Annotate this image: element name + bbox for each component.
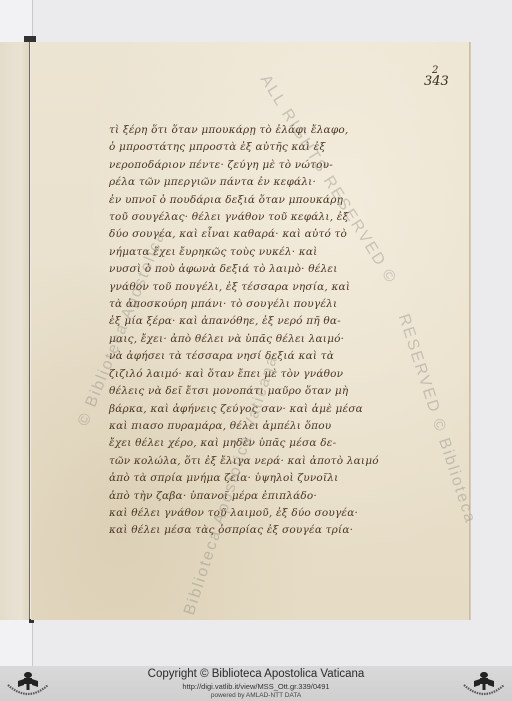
copyright-text: Copyright © Biblioteca Apostolica Vatica… — [0, 668, 512, 680]
text-line: καὶ θέλει γνάθον τοῦ λαιμοῦ, ἐξ δύο σουγ… — [109, 505, 409, 522]
text-line: ἐν υπνοῖ ὁ πουδάρια δεξιά ὅταν μπουκάρῃ — [109, 192, 409, 209]
folio-number-main: 343 — [424, 76, 449, 87]
text-line: τὶ ξέρη ὅτι ὅταν μπουκάρῃ τὸ ἐλάφι ἔλαφο… — [109, 122, 409, 139]
text-line: γνάθον τοῦ πουγέλι, ἐξ τέσσαρα νησία, κα… — [109, 279, 409, 296]
text-line: τὰ ἀποσκούρη μπάνι· τὸ σουγέλι πουγέλι — [109, 296, 409, 313]
previous-leaf-edge — [0, 42, 30, 662]
text-line: ἀπὸ τὰ σπρία μνήμα ζεία· ὑψηλοὶ ζυνοῖλι — [109, 470, 409, 487]
image-viewer: 2 343 τὶ ξέρη ὅτι ὅταν μπουκάρῃ τὸ ἐλάφι… — [0, 0, 512, 666]
binding-edge-line — [29, 42, 30, 662]
text-line: τῶν κολώλα, ὅτι ἐξ ἔλιγα νερά· καὶ ἀποτὸ… — [109, 453, 409, 470]
background-gutter-bottom — [0, 620, 33, 666]
source-url[interactable]: http://digi.vatlib.it/view/MSS_Ott.gr.33… — [0, 682, 512, 691]
text-line: νὰ ἀφήσει τὰ τέσσαρα νησί δεξιά καὶ τὰ — [109, 348, 409, 365]
handwritten-text: τὶ ξέρη ὅτι ὅταν μπουκάρῃ τὸ ἐλάφι ἔλαφο… — [109, 122, 409, 540]
text-line: ὁ μπροστάτης μπροστὰ ἐξ αὐτῆς καὶ ἐξ — [109, 139, 409, 156]
vatican-library-seal-icon — [458, 667, 510, 700]
powered-by-text: powered by AMLAD-NTT DATA — [0, 692, 512, 699]
text-line: ἐξ μία ξέρα· καὶ ἀπανόθηε, ἐξ νερό πῆ θα… — [109, 313, 409, 330]
copyright-footer: Copyright © Biblioteca Apostolica Vatica… — [0, 666, 512, 701]
text-line: νεροποδάριον πέντε· ζεύγη μὲ τὸ νώτου- — [109, 157, 409, 174]
text-line: ρέλα τῶν μπεργιῶν πάντα ἐν κεφάλι· — [109, 174, 409, 191]
text-line: καὶ θέλει μέσα τὰς ὀσπρίας ἐξ σουγέα τρί… — [109, 522, 409, 539]
text-line: ἔχει θέλει χέρο, καὶ μηδὲν ὑπᾶς μέσα δε- — [109, 435, 409, 452]
manuscript-page: 2 343 τὶ ξέρη ὅτι ὅταν μπουκάρῃ τὸ ἐλάφι… — [31, 42, 470, 620]
text-line: μαις, ἔχει· ἀπὸ θέλει νὰ ὑπᾶς θέλει λαιμ… — [109, 331, 409, 348]
folio-number: 2 343 — [424, 65, 449, 87]
text-line: ἀπὸ τὴν ζαβα· ὑπανοῖ μέρα ἐπιπλάδο· — [109, 488, 409, 505]
